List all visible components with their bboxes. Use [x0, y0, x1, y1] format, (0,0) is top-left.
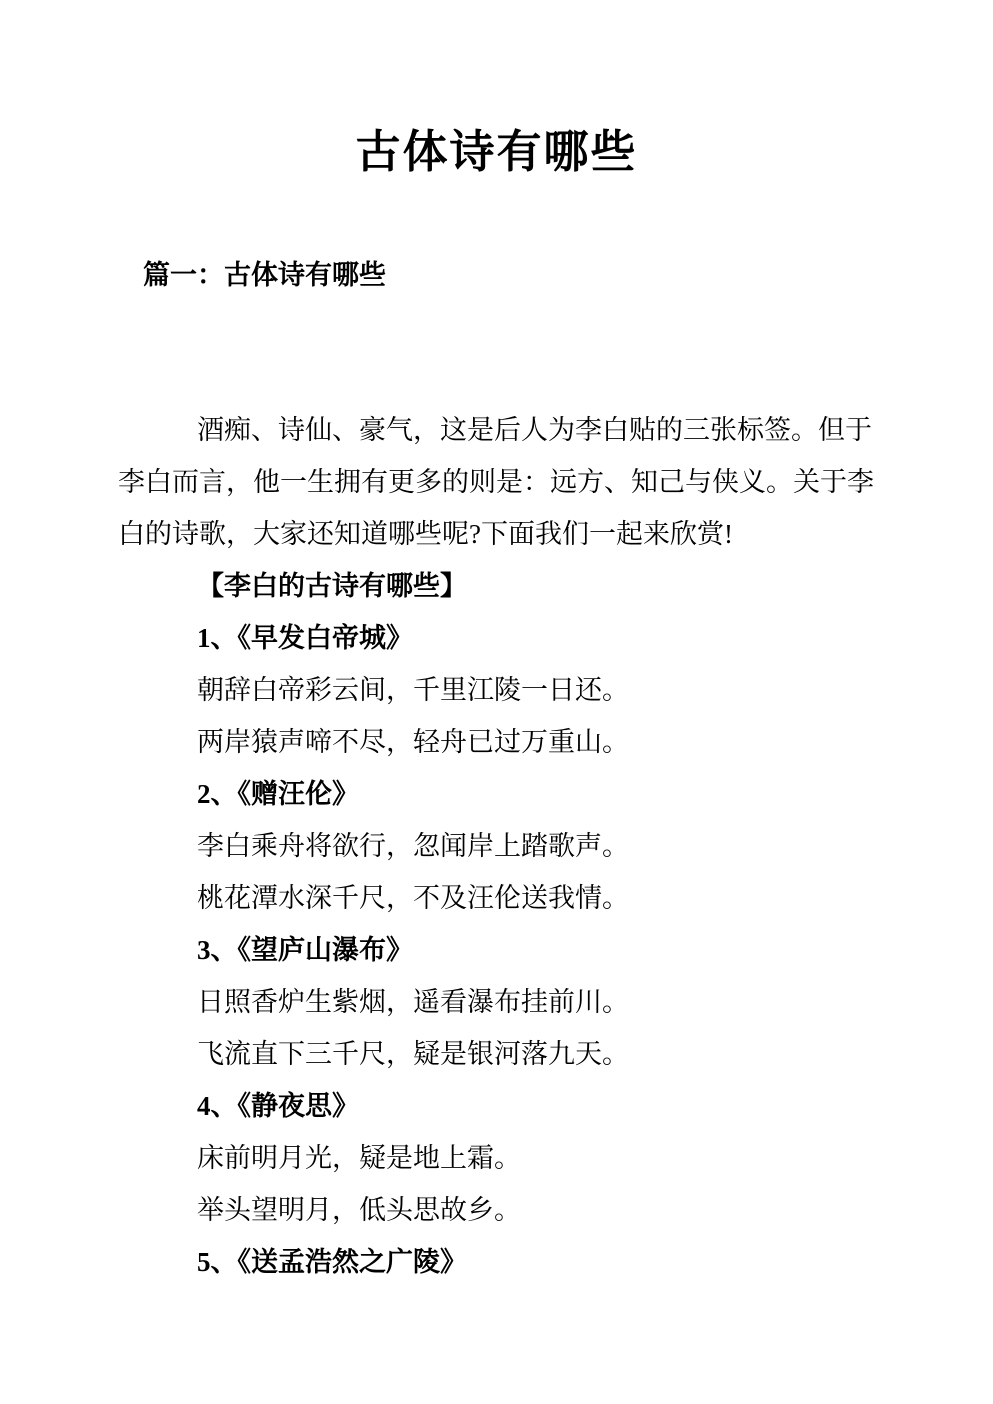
poem-2-verse-1: 李白乘舟将欲行，忽闻岸上踏歌声。	[197, 820, 875, 872]
poem-1-verse-2: 两岸猿声啼不尽，轻舟已过万重山。	[197, 716, 875, 768]
document-body: 酒痴、诗仙、豪气，这是后人为李白贴的三张标签。但于 李白而言，他一生拥有更多的则…	[0, 404, 993, 1288]
poem-4-verse-1: 床前明月光，疑是地上霜。	[197, 1132, 875, 1184]
document-page: 古体诗有哪些 篇一：古体诗有哪些 酒痴、诗仙、豪气，这是后人为李白贴的三张标签。…	[0, 0, 993, 1404]
intro-line-3: 白的诗歌，大家还知道哪些呢?下面我们一起来欣赏!	[118, 508, 875, 560]
intro-line-2: 李白而言，他一生拥有更多的则是：远方、知己与侠义。关于李	[118, 456, 875, 508]
poem-title-4: 4、《静夜思》	[197, 1080, 875, 1132]
poem-3-verse-1: 日照香炉生紫烟，遥看瀑布挂前川。	[197, 976, 875, 1028]
poem-title-1: 1、《早发白帝城》	[197, 612, 875, 664]
list-header: 【李白的古诗有哪些】	[197, 560, 875, 612]
section-heading: 篇一：古体诗有哪些	[143, 258, 993, 292]
poem-title-3: 3、《望庐山瀑布》	[197, 924, 875, 976]
poem-title-2: 2、《赠汪伦》	[197, 768, 875, 820]
poem-4-verse-2: 举头望明月，低头思故乡。	[197, 1184, 875, 1236]
document-title: 古体诗有哪些	[0, 0, 993, 180]
poem-1-verse-1: 朝辞白帝彩云间，千里江陵一日还。	[197, 664, 875, 716]
intro-line-1: 酒痴、诗仙、豪气，这是后人为李白贴的三张标签。但于	[118, 404, 875, 456]
poem-3-verse-2: 飞流直下三千尺，疑是银河落九天。	[197, 1028, 875, 1080]
poem-title-5: 5、《送孟浩然之广陵》	[197, 1236, 875, 1288]
poem-2-verse-2: 桃花潭水深千尺，不及汪伦送我情。	[197, 872, 875, 924]
